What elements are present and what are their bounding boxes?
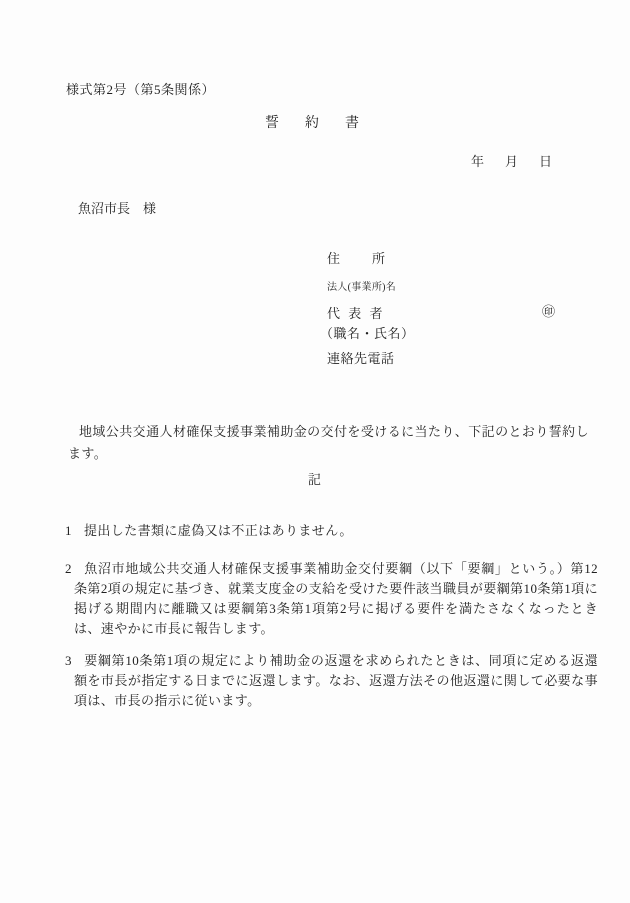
oath-item: 2魚沼市地域公共交通人材確保支援事業補助金交付要綱（以下「要綱」という。）第12… [65,559,598,639]
corporate-name-label: 法人(事業所)名 [327,278,396,293]
item-text: 魚沼市地域公共交通人材確保支援事業補助金交付要綱（以下「要綱」という。）第12条… [74,561,598,636]
oath-item: 3要綱第10条第1項の規定により補助金の返還を求められたときは、同項に定める返還… [65,651,598,711]
seal-stamp-icon: ㊞ [542,301,555,320]
oath-intro-paragraph: 地域公共交通人材確保支援事業補助金の交付を受けるに当たり、下記のとおり誓約します… [68,421,589,465]
phone-label: 連絡先電話 [327,348,395,367]
oath-item: 1提出した書類に虚偽又は不正はありません。 [65,521,598,541]
item-text: 提出した書類に虚偽又は不正はありません。 [84,523,353,538]
document-title: 誓 約 書 [0,112,630,132]
item-number: 2 [65,559,84,579]
document-page: 様式第2号（第5条関係） 誓 約 書 年 月 日 魚沼市長 様 住 所 法人(事… [0,0,630,903]
representative-subtitle-label: （職名・氏名） [320,323,415,342]
addressee: 魚沼市長 様 [78,198,156,217]
address-label: 住 所 [327,248,387,267]
item-number: 1 [65,521,84,541]
date-line: 年 月 日 [471,151,556,170]
item-number: 3 [65,651,84,671]
list-heading: 記 [0,469,630,488]
form-number: 様式第2号（第5条関係） [66,79,215,98]
representative-label: 代 表 者 [327,303,385,322]
item-text: 要綱第10条第1項の規定により補助金の返還を求められたときは、同項に定める返還額… [74,653,598,708]
